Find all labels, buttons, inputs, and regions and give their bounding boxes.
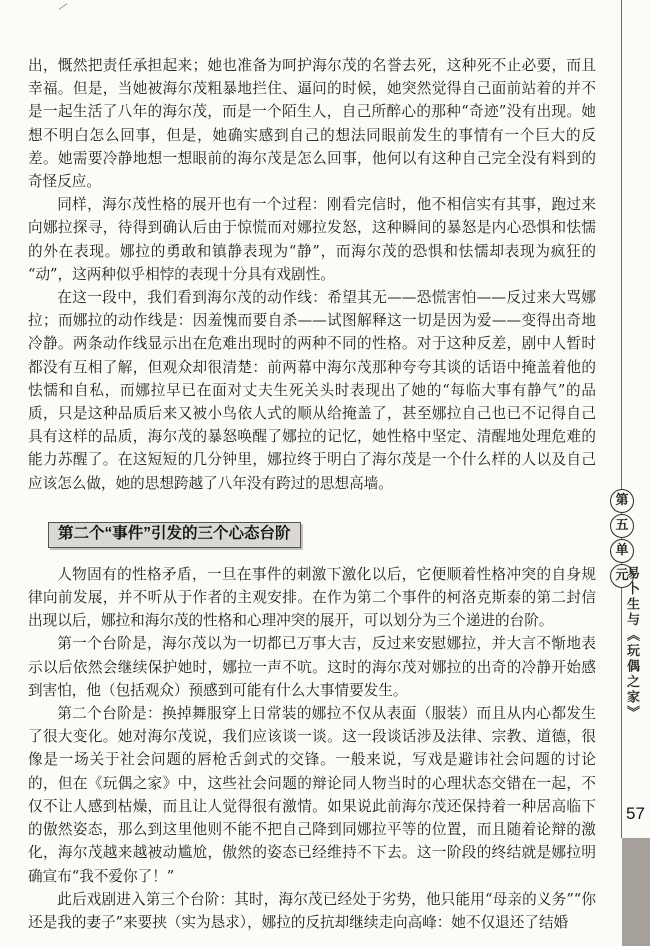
section-heading-row: 第二个“事件”引发的三个心态台阶 [48,522,596,548]
body-paragraph: 第一个台阶是，海尔茂以为一切都已万事大吉，反过来安慰娜拉，并大言不惭地表示以后依… [28,632,596,702]
section-heading: 第二个“事件”引发的三个心态台阶 [48,522,301,548]
main-text-column: 出，慨然把责任承担起来；她也准备为呵护海尔茂的名誉去死，这种死不止必要，而且幸福… [28,54,596,934]
scan-artifact [59,3,68,10]
unit-badge-char: 单 [610,539,634,563]
page-number: 57 [626,804,645,824]
body-paragraph: 出，慨然把责任承担起来；她也准备为呵护海尔茂的名誉去死，这种死不止必要，而且幸福… [28,54,596,193]
body-paragraph: 第二个台阶是：换掉舞服穿上日常装的娜拉不仅从表面（服装）而且从内心都发生了很大变… [28,702,596,888]
page-edge-tab [622,838,650,946]
body-paragraph: 同样，海尔茂性格的展开也有一个过程：刚看完信时，他不相信实有其事，跑过来向娜拉探… [28,193,596,286]
body-paragraph: 在这一段中，我们看到海尔茂的动作线：希望其无——恐慌害怕——反过来大骂娜拉；而娜… [28,286,596,495]
book-page: 出，慨然把责任承担起来；她也准备为呵护海尔茂的名誉去死，这种死不止必要，而且幸福… [0,0,650,946]
unit-badge-char: 五 [610,514,634,538]
unit-badge-char: 第 [610,489,634,513]
body-paragraph: 此后戏剧进入第三个台阶：其时，海尔茂已经处于劣势，他只能用“母亲的义务”“你还是… [28,888,596,934]
series-title-vertical: 易卜生与《玩偶之家》 [622,566,641,744]
body-paragraph: 人物固有的性格矛盾，一旦在事件的刺激下激化以后，它便顺着性格冲突的自身规律向前发… [28,563,596,633]
